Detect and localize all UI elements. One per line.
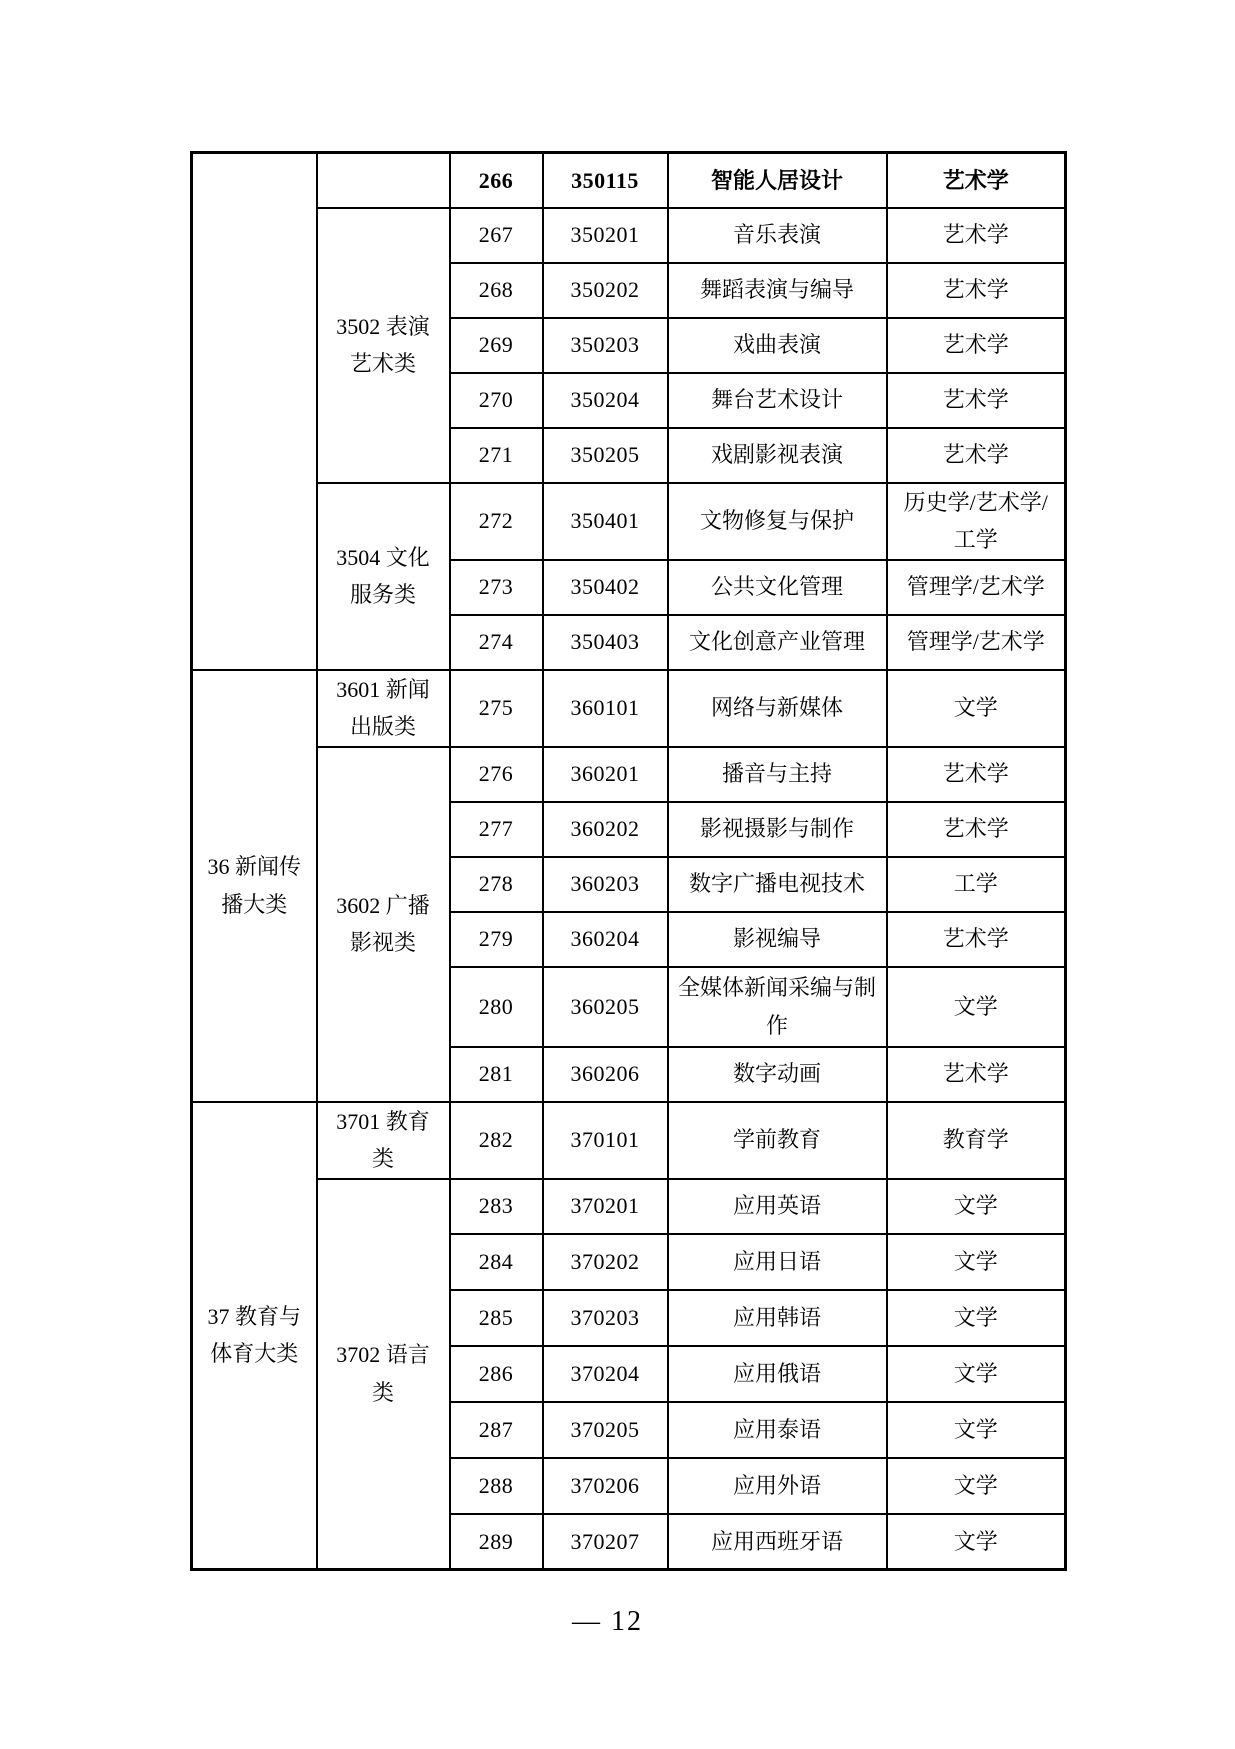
serial-cell: 281 — [450, 1047, 543, 1102]
major-name-cell: 应用英语 — [668, 1179, 887, 1234]
degree-cell: 工学 — [887, 857, 1066, 912]
major-name-cell: 数字广播电视技术 — [668, 857, 887, 912]
category-cell: 3602 广播 影视类 — [317, 747, 450, 1102]
major-category-cell: 36 新闻传 播大类 — [192, 670, 317, 1102]
serial-cell: 279 — [450, 912, 543, 967]
degree-cell: 艺术学 — [887, 208, 1066, 263]
serial-cell: 269 — [450, 318, 543, 373]
code-cell: 350201 — [543, 208, 668, 263]
code-cell: 350202 — [543, 263, 668, 318]
degree-cell: 文学 — [887, 1514, 1066, 1570]
major-name-cell: 应用外语 — [668, 1458, 887, 1514]
serial-cell: 286 — [450, 1346, 543, 1402]
degree-cell: 艺术学 — [887, 747, 1066, 802]
code-cell: 360205 — [543, 967, 668, 1047]
code-cell: 360203 — [543, 857, 668, 912]
major-name-cell: 网络与新媒体 — [668, 670, 887, 747]
major-name-cell: 播音与主持 — [668, 747, 887, 802]
table-row: 36 新闻传 播大类 3601 新闻 出版类 275 360101 网络与新媒体… — [192, 670, 1066, 747]
major-name-cell: 智能人居设计 — [668, 153, 887, 208]
serial-cell: 270 — [450, 373, 543, 428]
major-name-cell: 学前教育 — [668, 1102, 887, 1179]
major-name-cell: 应用日语 — [668, 1234, 887, 1290]
degree-cell: 历史学/艺术学/ 工学 — [887, 483, 1066, 560]
serial-cell: 276 — [450, 747, 543, 802]
serial-cell: 267 — [450, 208, 543, 263]
code-cell: 350203 — [543, 318, 668, 373]
table-row: 37 教育与 体育大类 3701 教育 类 282 370101 学前教育 教育… — [192, 1102, 1066, 1179]
major-name-cell: 文物修复与保护 — [668, 483, 887, 560]
major-name-cell: 应用俄语 — [668, 1346, 887, 1402]
degree-cell: 艺术学 — [887, 263, 1066, 318]
major-name-cell: 舞蹈表演与编导 — [668, 263, 887, 318]
serial-cell: 272 — [450, 483, 543, 560]
code-cell: 350402 — [543, 560, 668, 615]
code-cell: 350401 — [543, 483, 668, 560]
degree-cell: 文学 — [887, 1234, 1066, 1290]
serial-cell: 283 — [450, 1179, 543, 1234]
code-cell: 360206 — [543, 1047, 668, 1102]
table-row: 3504 文化 服务类 272 350401 文物修复与保护 历史学/艺术学/ … — [192, 483, 1066, 560]
category-cell: 3504 文化 服务类 — [317, 483, 450, 670]
degree-cell: 管理学/艺术学 — [887, 615, 1066, 670]
degree-cell: 文学 — [887, 1458, 1066, 1514]
code-cell: 370201 — [543, 1179, 668, 1234]
major-name-cell: 应用西班牙语 — [668, 1514, 887, 1570]
serial-cell: 266 — [450, 153, 543, 208]
code-cell: 370207 — [543, 1514, 668, 1570]
major-category-cell: 37 教育与 体育大类 — [192, 1102, 317, 1570]
code-cell: 350403 — [543, 615, 668, 670]
serial-cell: 282 — [450, 1102, 543, 1179]
major-name-cell: 影视摄影与制作 — [668, 802, 887, 857]
major-name-cell: 舞台艺术设计 — [668, 373, 887, 428]
degree-cell: 艺术学 — [887, 1047, 1066, 1102]
serial-cell: 280 — [450, 967, 543, 1047]
major-name-cell: 全媒体新闻采编与制 作 — [668, 967, 887, 1047]
document-page: 266 350115 智能人居设计 艺术学 3502 表演 艺术类 267 35… — [0, 0, 1235, 1749]
table-row: 266 350115 智能人居设计 艺术学 — [192, 153, 1066, 208]
degree-cell: 艺术学 — [887, 428, 1066, 483]
major-name-cell: 戏曲表演 — [668, 318, 887, 373]
table-row: 3502 表演 艺术类 267 350201 音乐表演 艺术学 — [192, 208, 1066, 263]
major-name-cell: 影视编导 — [668, 912, 887, 967]
serial-cell: 268 — [450, 263, 543, 318]
degree-cell: 艺术学 — [887, 802, 1066, 857]
major-name-cell: 公共文化管理 — [668, 560, 887, 615]
major-category-cell — [192, 153, 317, 670]
code-cell: 350115 — [543, 153, 668, 208]
degree-cell: 艺术学 — [887, 912, 1066, 967]
code-cell: 370203 — [543, 1290, 668, 1346]
code-cell: 370206 — [543, 1458, 668, 1514]
degree-cell: 文学 — [887, 1290, 1066, 1346]
degree-cell: 文学 — [887, 1402, 1066, 1458]
code-cell: 370205 — [543, 1402, 668, 1458]
serial-cell: 288 — [450, 1458, 543, 1514]
major-name-cell: 应用韩语 — [668, 1290, 887, 1346]
category-cell: 3702 语言 类 — [317, 1179, 450, 1570]
code-cell: 350204 — [543, 373, 668, 428]
page-number: — 12 — [0, 1606, 1215, 1638]
majors-table: 266 350115 智能人居设计 艺术学 3502 表演 艺术类 267 35… — [190, 151, 1067, 1571]
serial-cell: 277 — [450, 802, 543, 857]
degree-cell: 教育学 — [887, 1102, 1066, 1179]
serial-cell: 275 — [450, 670, 543, 747]
code-cell: 360202 — [543, 802, 668, 857]
category-cell: 3601 新闻 出版类 — [317, 670, 450, 747]
degree-cell: 文学 — [887, 967, 1066, 1047]
major-name-cell: 音乐表演 — [668, 208, 887, 263]
major-name-cell: 应用泰语 — [668, 1402, 887, 1458]
degree-cell: 文学 — [887, 670, 1066, 747]
degree-cell: 艺术学 — [887, 373, 1066, 428]
category-cell: 3701 教育 类 — [317, 1102, 450, 1179]
major-name-cell: 戏剧影视表演 — [668, 428, 887, 483]
table-row: 3702 语言 类 283 370201 应用英语 文学 — [192, 1179, 1066, 1234]
code-cell: 350205 — [543, 428, 668, 483]
serial-cell: 271 — [450, 428, 543, 483]
category-cell — [317, 153, 450, 208]
degree-cell: 管理学/艺术学 — [887, 560, 1066, 615]
degree-cell: 艺术学 — [887, 153, 1066, 208]
serial-cell: 273 — [450, 560, 543, 615]
code-cell: 370101 — [543, 1102, 668, 1179]
degree-cell: 文学 — [887, 1179, 1066, 1234]
serial-cell: 274 — [450, 615, 543, 670]
major-name-cell: 数字动画 — [668, 1047, 887, 1102]
code-cell: 360101 — [543, 670, 668, 747]
degree-cell: 艺术学 — [887, 318, 1066, 373]
major-name-cell: 文化创意产业管理 — [668, 615, 887, 670]
code-cell: 360201 — [543, 747, 668, 802]
serial-cell: 278 — [450, 857, 543, 912]
code-cell: 370202 — [543, 1234, 668, 1290]
degree-cell: 文学 — [887, 1346, 1066, 1402]
code-cell: 360204 — [543, 912, 668, 967]
serial-cell: 284 — [450, 1234, 543, 1290]
serial-cell: 289 — [450, 1514, 543, 1570]
table-row: 3602 广播 影视类 276 360201 播音与主持 艺术学 — [192, 747, 1066, 802]
serial-cell: 285 — [450, 1290, 543, 1346]
code-cell: 370204 — [543, 1346, 668, 1402]
category-cell: 3502 表演 艺术类 — [317, 208, 450, 483]
serial-cell: 287 — [450, 1402, 543, 1458]
